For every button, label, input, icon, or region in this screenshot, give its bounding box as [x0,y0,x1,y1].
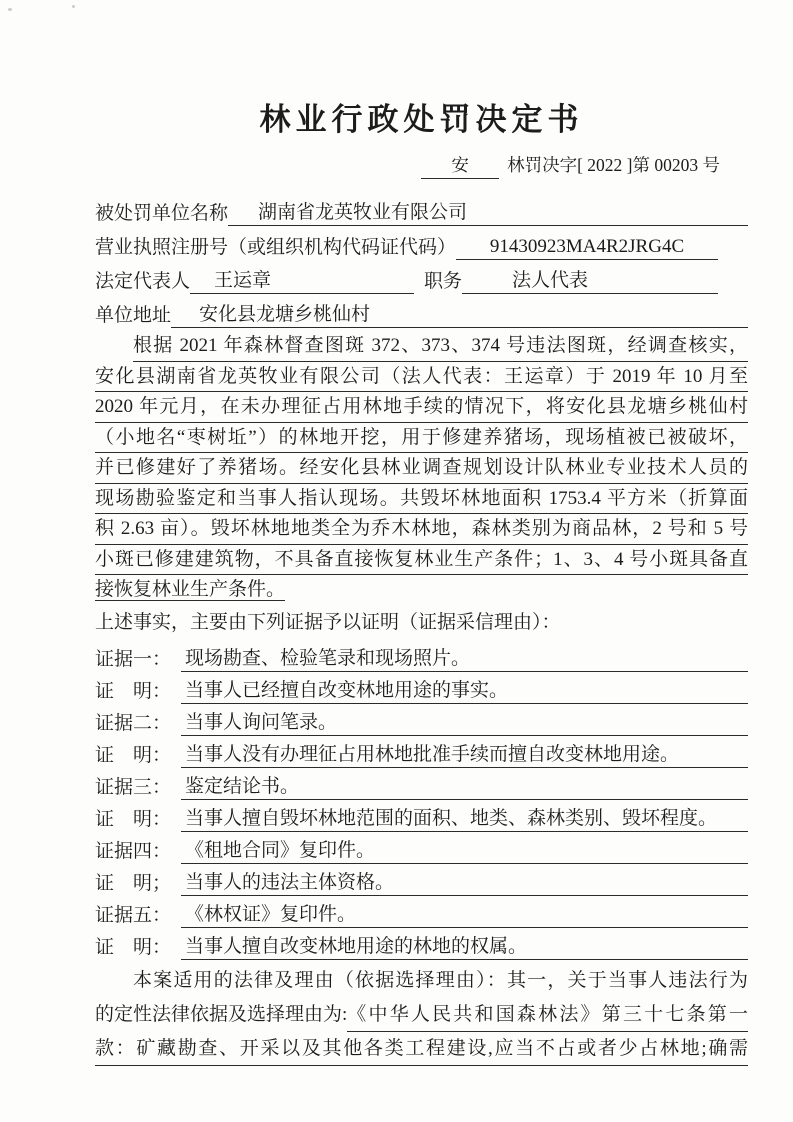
evidence-label: 证 明； [95,868,181,896]
header-fields: 被处罚单位名称 湖南省龙英牧业有限公司 营业执照注册号（或组织机构代码证代码） … [95,192,748,328]
field-label: 职务 [424,266,462,294]
facts-line: 根据 2021 年森林督查图斑 372、373、374 号违法图斑，经调查核实， [95,331,748,362]
scanned-document-page: 林业行政处罚决定书 安林罚决字[ 2022 ]第 00203 号 被处罚单位名称… [0,0,793,1122]
scan-speck [8,8,12,11]
evidence-intro-line: 上述事实，主要由下列证据予以证明（证据采信理由）： [95,606,748,640]
facts-line: 现场勘验鉴定和当事人指认现场。共毁坏林地面积 1753.4 平方米（折算面 [95,484,748,515]
evidence-value-underlined: 当事人没有办理征占用林地批准手续而擅自改变林地用途。 [181,739,748,768]
evidence-value-underlined: 当事人擅自改变林地用途的林地的权属。 [181,931,748,960]
evidence-label: 证据三： [95,772,181,800]
evidence-row: 证据一： 现场勘查、检验笔录和现场照片。 [95,640,748,672]
facts-line: 安化县湖南省龙英牧业有限公司（法人代表：王运章）于 2019 年 10 月至 [95,362,748,393]
evidence-row: 证据四： 《租地合同》复印件。 [95,832,748,864]
legal-line-underlined-text: 款：矿藏勘查、开采以及其他各类工程建设,应当不占或者少占林地;确需 [95,1032,748,1066]
page-title: 林业行政处罚决定书 [95,0,748,140]
field-value-underlined: 法人代表 [462,265,718,294]
field-label: 单位地址 [95,300,171,328]
legal-line-text: 本案适用的法律及理由（依据选择理由）：其一，关于当事人违法行为 [133,964,748,998]
legal-line: 的定性法律依据及选择理由为: 《中华人民共和国森林法》第三十七条第一 [95,998,748,1032]
facts-line-text: 根据 2021 年森林督查图斑 372、373、374 号违法图斑，经调查核实， [133,331,748,362]
field-value-underlined: 湖南省龙英牧业有限公司 [228,197,748,226]
legal-line: 本案适用的法律及理由（依据选择理由）：其一，关于当事人违法行为 [95,964,748,998]
evidence-label: 证据五： [95,900,181,928]
evidence-value-underlined: 当事人擅自毁坏林地范围的面积、地类、森林类别、毁坏程度。 [181,803,748,832]
legal-line-text: 的定性法律依据及选择理由为: [95,998,347,1032]
evidence-value-underlined: 现场勘查、检验笔录和现场照片。 [181,643,748,672]
evidence-row: 证据五： 《林权证》复印件。 [95,896,748,928]
field-label: 被处罚单位名称 [95,198,228,226]
evidence-value-underlined: 当事人的违法主体资格。 [181,867,748,896]
evidence-label: 证 明： [95,804,181,832]
evidence-label: 证 明： [95,740,181,768]
facts-line: 并已修建好了养猪场。经安化县林业调查规划设计队林业专业技术人员的 [95,453,748,484]
facts-line: 接恢复林业生产条件。 [95,575,748,606]
facts-line: 小斑已修建建筑物，不具备直接恢复林业生产条件；1、3、4 号小斑具备直 [95,545,748,576]
facts-line-text: 接恢复林业生产条件。 [95,579,285,601]
field-legal-representative: 法定代表人 王运章 职务 法人代表 [95,260,748,294]
paragraph-indent [95,331,133,362]
evidence-value-underlined: 《林权证》复印件。 [181,899,748,928]
facts-line: 2020 年元月，在未办理征占用林地手续的情况下，将安化县龙塘乡桃仙村 [95,392,748,423]
document-content: 林业行政处罚决定书 安林罚决字[ 2022 ]第 00203 号 被处罚单位名称… [0,0,793,1122]
evidence-label: 证据一： [95,644,181,672]
field-label: 法定代表人 [95,266,190,294]
evidence-value-underlined: 鉴定结论书。 [181,771,748,800]
facts-line: （小地名“枣树坵”）的林地开挖，用于修建养猪场，现场植被已被破坏， [95,423,748,454]
evidence-row: 证 明： 当事人已经擅自改变林地用途的事实。 [95,672,748,704]
field-value-underlined: 91430923MA4R2JRG4C [456,236,718,260]
evidence-value-underlined: 当事人询问笔录。 [181,707,748,736]
scan-speck [72,5,75,8]
evidence-row: 证 明； 当事人的违法主体资格。 [95,864,748,896]
evidence-label: 证 明： [95,676,181,704]
facts-line: 积 2.63 亩）。毁坏林地地类全为乔木林地，森林类别为商品林，2 号和 5 号 [95,514,748,545]
evidence-label: 证据四： [95,836,181,864]
evidence-value-underlined: 当事人已经擅自改变林地用途的事实。 [181,675,748,704]
evidence-list: 证据一： 现场勘查、检验笔录和现场照片。 证 明： 当事人已经擅自改变林地用途的… [95,640,748,960]
field-unit-name: 被处罚单位名称 湖南省龙英牧业有限公司 [95,192,748,226]
evidence-row: 证 明： 当事人没有办理征占用林地批准手续而擅自改变林地用途。 [95,736,748,768]
agency-blank-underline: 安 [421,152,499,179]
evidence-value-underlined: 《租地合同》复印件。 [181,835,748,864]
evidence-row: 证据三： 鉴定结论书。 [95,768,748,800]
evidence-row: 证据二： 当事人询问笔录。 [95,704,748,736]
field-value-underlined: 安化县龙塘乡桃仙村 [171,299,748,328]
evidence-label: 证据二： [95,708,181,736]
field-unit-address: 单位地址 安化县龙塘乡桃仙村 [95,294,748,328]
legal-line-underlined-text: 《中华人民共和国森林法》第三十七条第一 [347,998,748,1032]
field-value-underlined: 王运章 [190,265,414,294]
legal-basis-paragraph: 本案适用的法律及理由（依据选择理由）：其一，关于当事人违法行为 的定性法律依据及… [95,964,748,1066]
document-number-line: 安林罚决字[ 2022 ]第 00203 号 [95,152,720,178]
field-label: 营业执照注册号（或组织机构代码证代码） [95,232,456,260]
evidence-label: 证 明： [95,932,181,960]
evidence-row: 证 明： 当事人擅自毁坏林地范围的面积、地类、森林类别、毁坏程度。 [95,800,748,832]
evidence-row: 证 明： 当事人擅自改变林地用途的林地的权属。 [95,928,748,960]
facts-paragraph: 根据 2021 年森林督查图斑 372、373、374 号违法图斑，经调查核实，… [95,331,748,606]
document-number-text: 林罚决字[ 2022 ]第 00203 号 [507,155,720,175]
field-license-number: 营业执照注册号（或组织机构代码证代码） 91430923MA4R2JRG4C [95,226,748,260]
paragraph-indent [95,964,133,998]
